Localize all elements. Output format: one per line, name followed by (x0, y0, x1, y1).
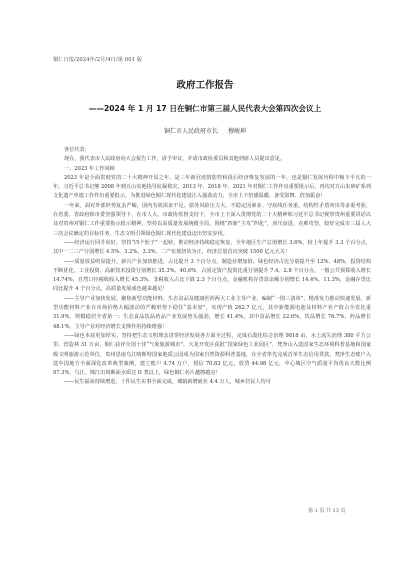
section-heading: 一、2023 年工作回顾 (53, 165, 371, 174)
document-page: 铜仁日报/2024年/2月/4日/第 001 版 政府工作报告 ——2024 年… (0, 0, 410, 580)
author-position: 铜仁市人民政府市长 (164, 128, 218, 135)
paragraph-quality: ——质量效益明显提升。新兴产业加快推进，占比提升 3 个百分点，制造业增加值、绿… (53, 258, 371, 295)
paragraph: 2023 年是全面贯彻党的二十大精神开局之年，是三年新冠疫情防控转段后经济恢复发… (53, 174, 371, 202)
document-body: 各位代表： 现在，我代表市人民政府向大会报告工作，请予审议，并请市政协委员和其他… (53, 146, 371, 388)
author-name: 穆峻坤 (228, 128, 246, 135)
salutation: 各位代表： (53, 146, 371, 155)
document-subtitle: ——2024 年 1 月 17 日在铜仁市第三届人民代表大会第四次会议上 (0, 103, 410, 114)
document-title: 政府工作报告 (0, 77, 410, 91)
paragraph-livelihood: ——民生福祉持续增进。十件民生实事全面完成，城镇新增就业 4.4 万人，城乡居民… (53, 378, 371, 387)
paragraph-green: ——绿色本底更加厚实。坚持把生态文明理念贯穿经济发展各方面全过程，完成石漠化综合… (53, 332, 371, 378)
paragraph-economy: ——经济运行回升向好。坚持“四个轮子”一起转，推动经济持续稳定恢复，全年地区生产… (53, 239, 371, 258)
author-line: 铜仁市人民政府市长穆峻坤 (0, 126, 410, 135)
newspaper-header: 铜仁日报/2024年/2月/4日/第 001 版 (53, 56, 142, 63)
paragraph-industry: ——主导产业加快发展。聚焦新型功能材料、生态食品及健康医药两大工业主导产业，编制… (53, 295, 371, 332)
paragraph: 一年来，面对外部形势复杂严峻、国内有效需求不足、债务风险压力大、不稳定因素多、守… (53, 202, 371, 239)
page-number: 第 1 页 共 13 页 (308, 507, 346, 514)
paragraph-intro: 现在，我代表市人民政府向大会报告工作，请予审议，并请市政协委员和其他列席人员提出… (53, 155, 371, 164)
